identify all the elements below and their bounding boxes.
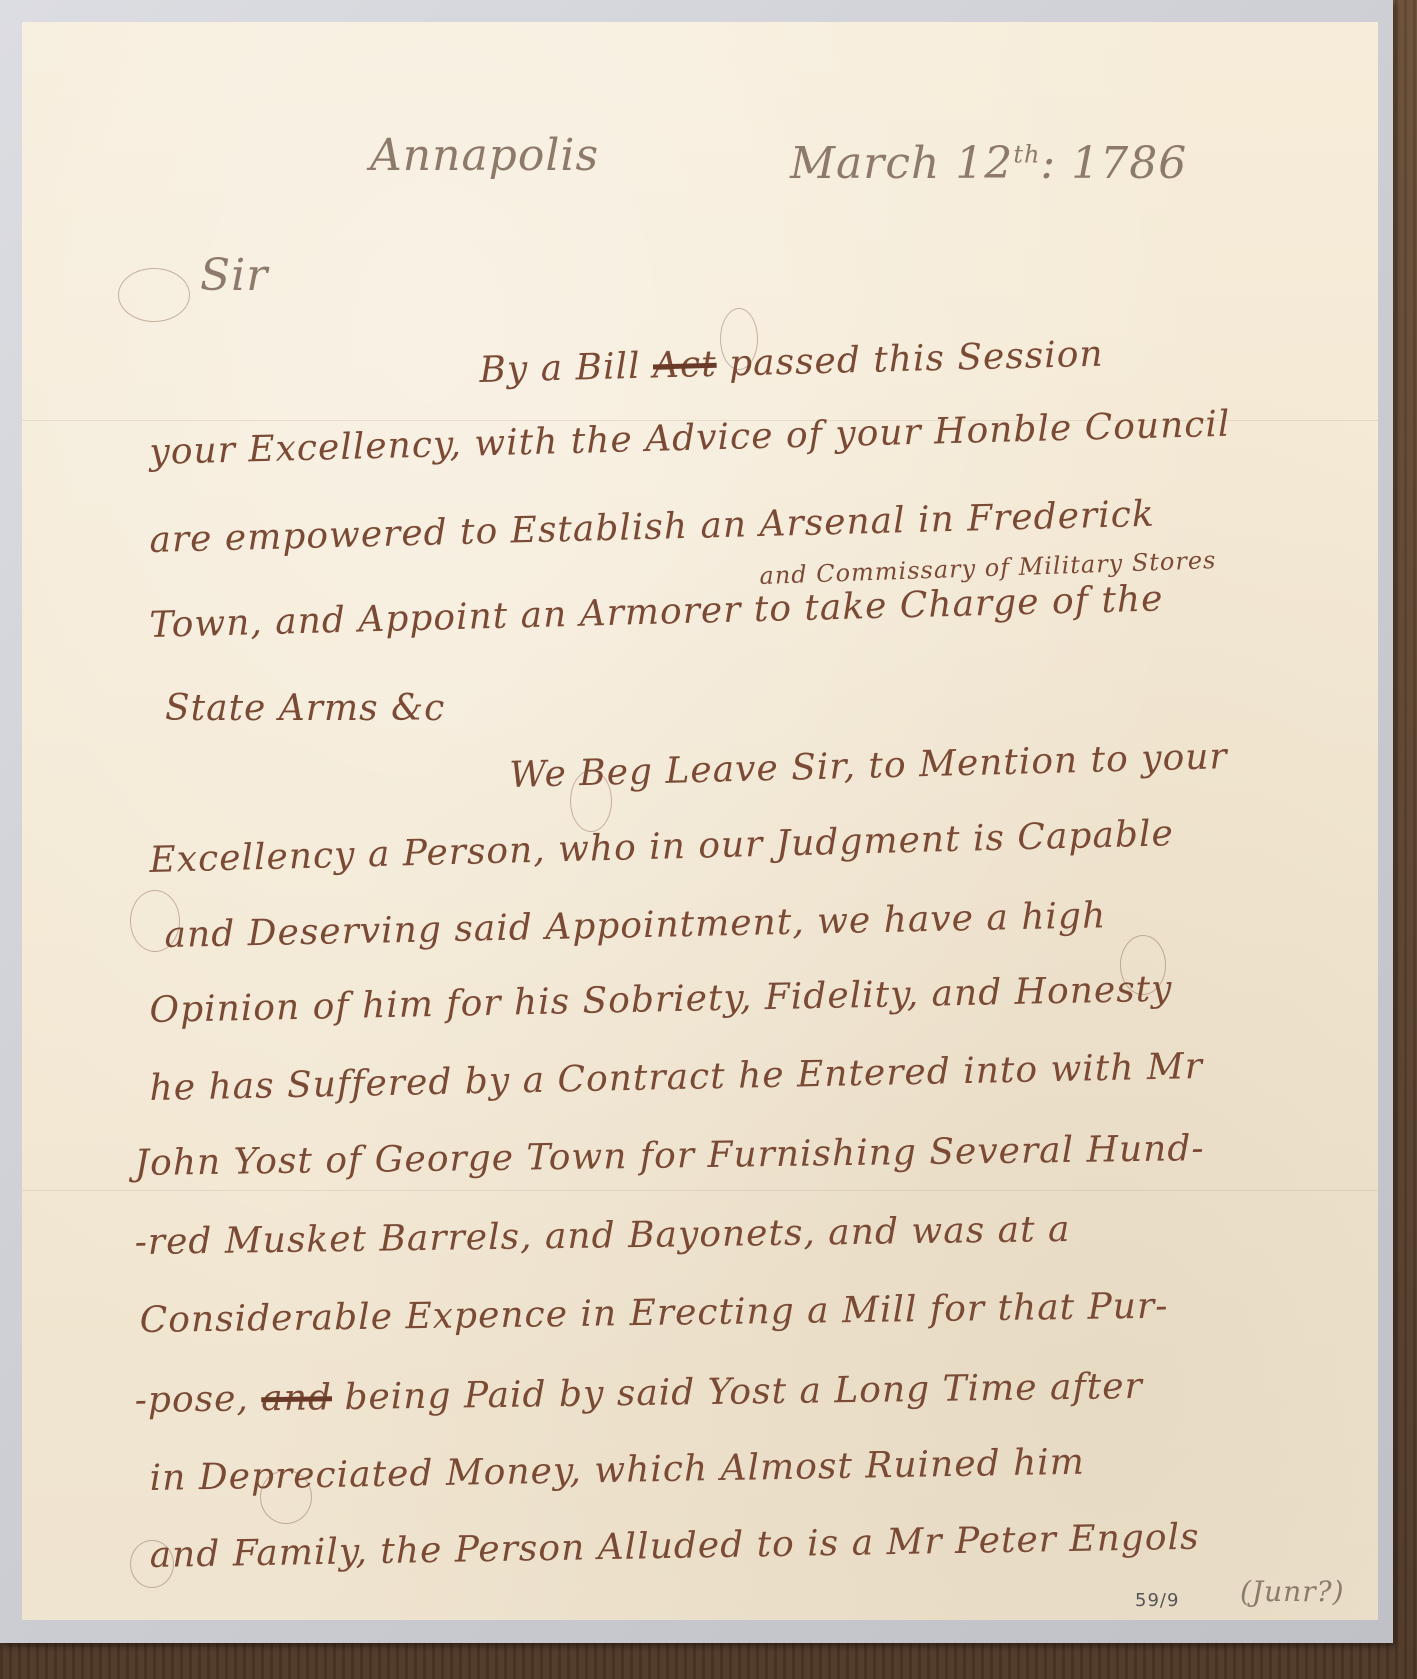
letter-line: State Arms &c bbox=[165, 688, 445, 729]
paper-fold-line bbox=[22, 1190, 1378, 1191]
letter-place: Annapolis bbox=[370, 130, 599, 181]
struck-word: Act bbox=[652, 344, 717, 387]
place-text: Annapolis bbox=[370, 130, 599, 181]
date-year: 1786 bbox=[1071, 138, 1187, 189]
letter-line-junior: (Junr?) bbox=[1240, 1575, 1345, 1608]
date-month: March bbox=[790, 138, 940, 189]
date-day-suffix: th bbox=[1013, 140, 1040, 168]
struck-word: and bbox=[261, 1377, 332, 1419]
line-text: -pose, bbox=[134, 1378, 249, 1421]
archival-reference-number: 59/9 bbox=[1135, 1590, 1179, 1611]
line-text: By a Bill bbox=[479, 346, 641, 391]
flourish-loop-decoration bbox=[118, 268, 190, 322]
date-separator: : bbox=[1040, 138, 1056, 189]
salutation: Sir bbox=[200, 250, 268, 301]
date-day: 12 bbox=[955, 138, 1013, 189]
letter-date: March 12th: 1786 bbox=[790, 138, 1187, 189]
